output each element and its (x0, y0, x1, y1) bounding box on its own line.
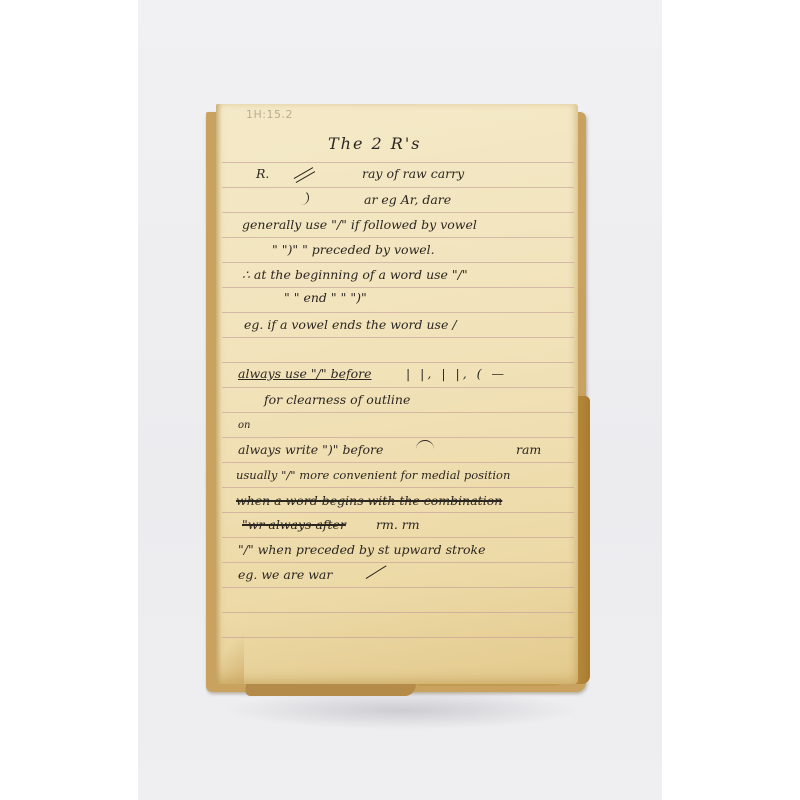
ruled-line (222, 412, 574, 413)
shorthand-arc-icon (416, 440, 434, 451)
notebook: 1H:15.2 The 2 R's R. ray of raw carry ar… (206, 104, 590, 700)
ruled-line (222, 262, 574, 263)
ruled-line (222, 212, 574, 213)
ruled-line (222, 587, 574, 588)
double-upstroke-icon (296, 171, 316, 183)
ruled-line (222, 237, 574, 238)
ruled-line (222, 437, 574, 438)
ruled-line (222, 187, 574, 188)
handwritten-word: rm. rm (376, 517, 420, 532)
ruled-line (222, 512, 574, 513)
handwritten-line: always use "/" before (238, 366, 372, 381)
handwritten-note: on (238, 420, 250, 431)
ruled-line (222, 612, 574, 613)
ruled-line (222, 462, 574, 463)
shorthand-prefix: R. (256, 166, 269, 181)
handwritten-line: generally use "/" if followed by vowel (242, 217, 477, 232)
handwritten-line: ray of raw carry (362, 166, 464, 181)
shorthand-symbols: | |, | |, ( — (406, 366, 507, 381)
handwritten-line: eg. if a vowel ends the word use / (244, 317, 457, 332)
page-stack-edge (576, 396, 590, 684)
notebook-page: 1H:15.2 The 2 R's R. ray of raw carry ar… (216, 104, 578, 684)
ruled-line (222, 537, 574, 538)
ruled-line (222, 287, 574, 288)
handwritten-line: ∴ at the beginning of a word use "/" (242, 267, 468, 282)
ruled-line (222, 637, 574, 638)
torn-corner (216, 624, 244, 684)
ruled-line (222, 362, 574, 363)
handwritten-word: ram (516, 442, 541, 457)
ruled-line (222, 387, 574, 388)
ruled-line (222, 312, 574, 313)
ruled-line (222, 337, 574, 338)
ruled-line (222, 487, 574, 488)
handwritten-line: always write ")" before (238, 442, 383, 457)
struck-line: "wr always after (242, 517, 346, 532)
struck-line: when a word begins with the combination (236, 493, 502, 508)
curved-downstroke-icon (298, 190, 309, 205)
page-title: The 2 R's (328, 134, 421, 153)
upstroke-icon (366, 565, 387, 579)
handwritten-line: eg. we are war (238, 567, 332, 582)
handwritten-line: ar eg Ar, dare (364, 192, 451, 207)
handwritten-line: " ")" " preceded by vowel. (272, 242, 435, 257)
ruled-line (222, 162, 574, 163)
handwritten-line: for clearness of outline (264, 392, 410, 407)
handwritten-line: " " end " " ")" (284, 290, 367, 305)
handwritten-line: usually "/" more convenient for medial p… (236, 468, 510, 482)
handwritten-line: "/" when preceded by st upward stroke (238, 542, 486, 557)
catalog-mark: 1H:15.2 (246, 108, 293, 121)
ruled-line (222, 562, 574, 563)
